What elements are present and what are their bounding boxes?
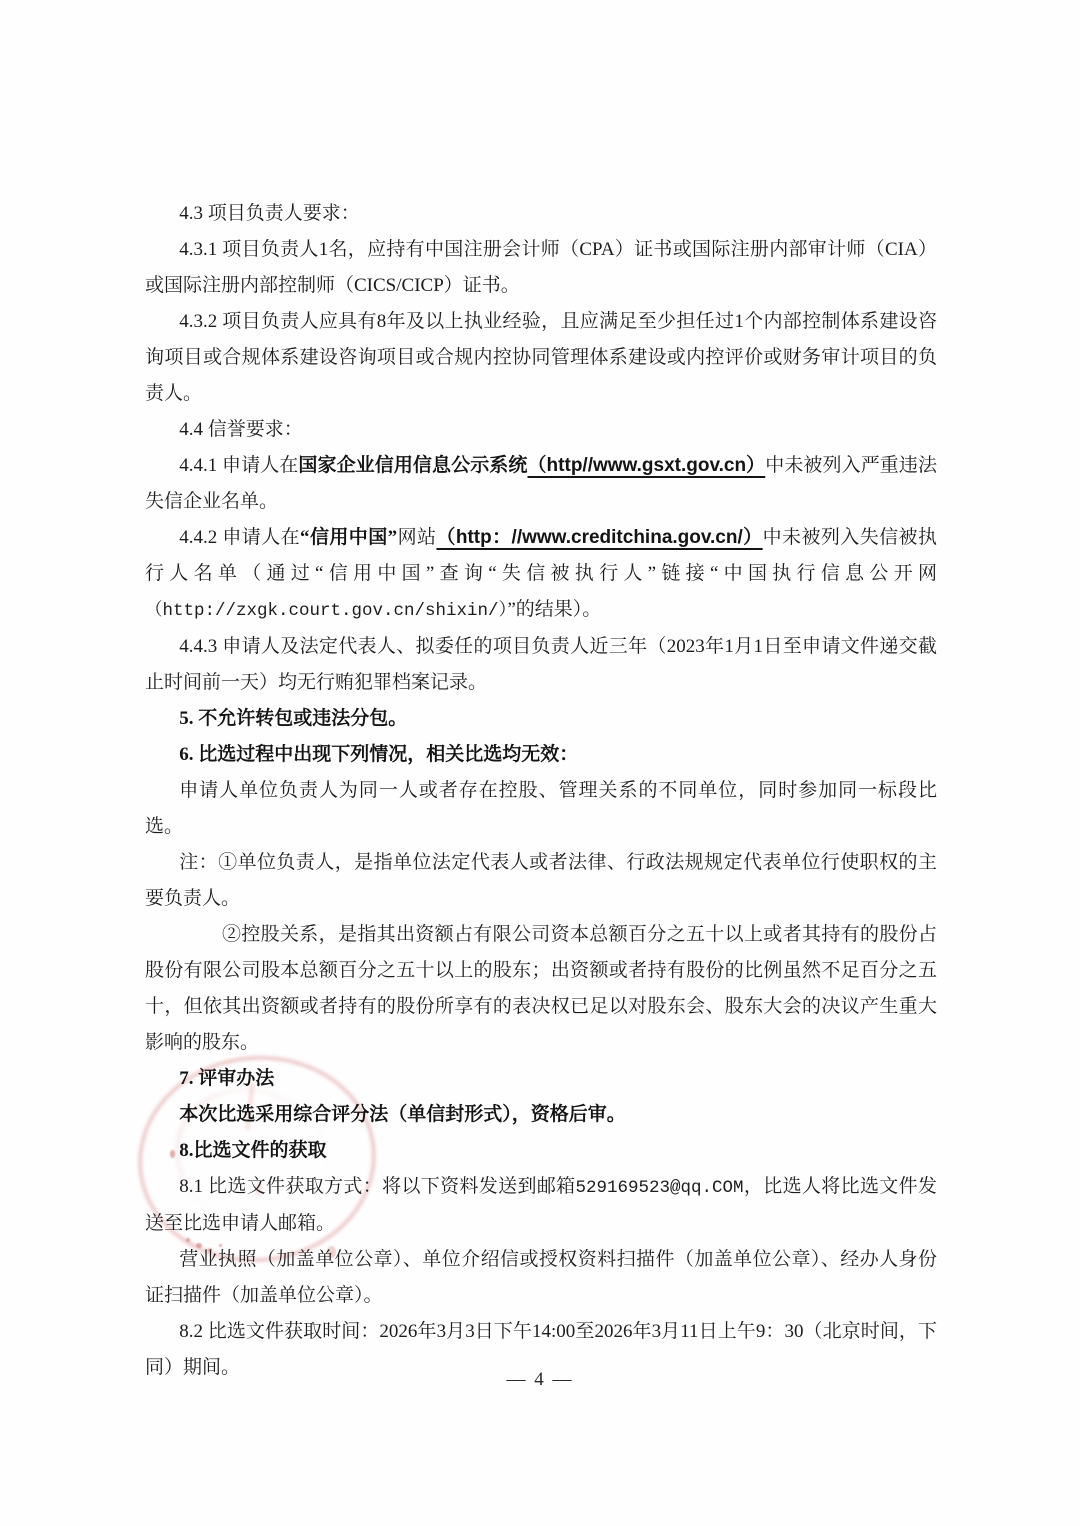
paragraph-4-3-2: 4.3.2 项目负责人应具有8年及以上执业经验，且应满足至少担任过1个内部控制体… <box>145 304 937 412</box>
paragraph-5-heading: 5. 不允许转包或违法分包。 <box>145 701 937 737</box>
gsxt-url: （http//www.gsxt.gov.cn） <box>527 455 765 476</box>
paragraph-8-heading: 8.比选文件的获取 <box>145 1133 937 1169</box>
text-segment: 8.1 比选文件获取方式：将以下资料发送到邮箱 <box>179 1176 575 1197</box>
paragraph-8-1: 8.1 比选文件获取方式：将以下资料发送到邮箱529169523@qq.COM，… <box>145 1169 937 1242</box>
paragraph-7-heading: 7. 评审办法 <box>145 1061 937 1097</box>
page-number: — 4 — <box>0 1362 1080 1398</box>
credit-china-name: “信用中国” <box>300 527 397 548</box>
text-segment: 网站 <box>397 527 436 548</box>
paragraph-4-4-2: 4.4.2 申请人在“信用中国”网站（http：//www.creditchin… <box>145 520 937 629</box>
scanned-document-page: 4.3 项目负责人要求： 4.3.1 项目负责人1名，应持有中国注册会计师（CP… <box>0 0 1080 1526</box>
zxgk-court-url: （http://zxgk.court.gov.cn/shixin/） <box>145 601 507 621</box>
paragraph-4-4-3: 4.4.3 申请人及法定代表人、拟委任的项目负责人近三年（2023年1月1日至申… <box>145 629 937 701</box>
paragraph-6-heading: 6. 比选过程中出现下列情况，相关比选均无效： <box>145 737 937 773</box>
paragraph-8-1-materials: 营业执照（加盖单位公章）、单位介绍信或授权资料扫描件（加盖单位公章）、经办人身份… <box>145 1242 937 1314</box>
text-segment: 4.4.2 申请人在 <box>179 527 300 548</box>
credit-china-url: （http：//www.creditchina.gov.cn/） <box>436 527 762 548</box>
gsxt-system-name: 国家企业信用信息公示系统 <box>298 455 527 476</box>
paragraph-note-1: 注：①单位负责人，是指单位法定代表人或者法律、行政法规规定代表单位行使职权的主要… <box>145 845 937 917</box>
email-address: 529169523@qq.COM <box>576 1178 744 1198</box>
paragraph-4-4-heading: 4.4 信誉要求： <box>145 412 937 448</box>
paragraph-4-3-1: 4.3.1 项目负责人1名，应持有中国注册会计师（CPA）证书或国际注册内部审计… <box>145 232 937 304</box>
paragraph-4-3-heading: 4.3 项目负责人要求： <box>145 196 937 232</box>
paragraph-note-2: ②控股关系，是指其出资额占有限公司资本总额百分之五十以上或者其持有的股份占股份有… <box>145 917 937 1061</box>
paragraph-6-body: 申请人单位负责人为同一人或者存在控股、管理关系的不同单位，同时参加同一标段比选。 <box>145 773 937 845</box>
text-segment: 4.4.1 申请人在 <box>179 455 298 476</box>
paragraph-4-4-1: 4.4.1 申请人在国家企业信用信息公示系统（http//www.gsxt.go… <box>145 448 937 520</box>
document-body: 4.3 项目负责人要求： 4.3.1 项目负责人1名，应持有中国注册会计师（CP… <box>145 196 937 1386</box>
paragraph-7-body: 本次比选采用综合评分法（单信封形式），资格后审。 <box>145 1097 937 1133</box>
text-segment: ”的结果）。 <box>507 599 601 620</box>
